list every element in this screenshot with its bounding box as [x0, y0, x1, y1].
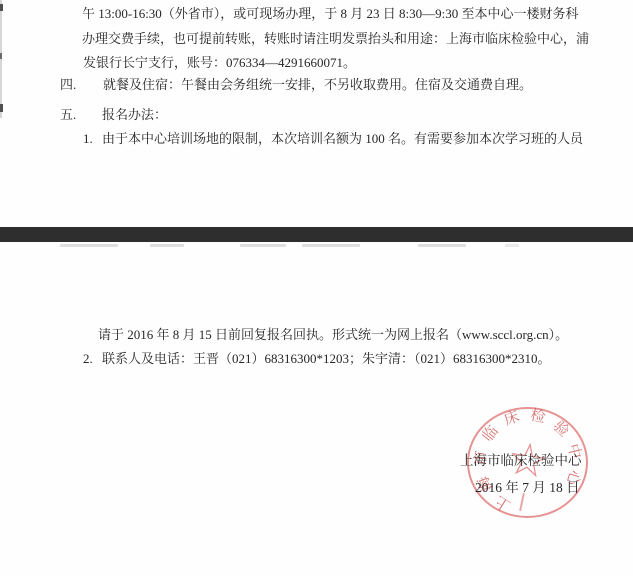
signature-org: 上海市临床检验中心	[460, 452, 582, 469]
body-line: 发银行长宁支行，账号：076334—4291660071。	[83, 54, 356, 71]
body-line-reply: 请于 2016 年 8 月 15 日前回复报名回执。形式统一为网上报名（www.…	[98, 326, 568, 343]
ghost-text-residue	[302, 244, 360, 247]
ghost-text-residue	[418, 244, 466, 247]
body-line: 午 13:00-16:30（外省市），或可现场办理，于 8 月 23 日 8:3…	[82, 5, 579, 22]
scan-edge-artifact	[0, 0, 2, 118]
list-item-meals: 就餐及住宿：午餐由会务组统一安排，不另收取费用。住宿及交通费自理。	[103, 76, 532, 93]
sublist-label-2: 2.	[83, 350, 93, 367]
list-label-5: 五.	[60, 106, 76, 123]
scan-edge-mark	[0, 4, 3, 11]
scan-edge-mark	[0, 53, 2, 59]
body-line: 办理交费手续，也可提前转账，转账时请注明发票抬头和用途：上海市临床检验中心，浦	[82, 30, 589, 47]
ghost-text-residue	[240, 244, 286, 247]
page-break-bar	[0, 227, 633, 242]
list-item-registration: 报名办法：	[102, 106, 167, 123]
scan-edge-mark	[0, 104, 3, 112]
list-label-4: 四.	[60, 76, 76, 93]
sublist-item-contacts: 联系人及电话：王晋（021）68316300*1203；朱宇清：（021）683…	[102, 350, 551, 367]
sublist-item-quota: 由于本中心培训场地的限制，本次培训名额为 100 名。有需要参加本次学习班的人员	[102, 130, 583, 147]
ghost-text-residue	[150, 244, 184, 247]
seal-char: 检	[528, 406, 547, 427]
sublist-label-1: 1.	[83, 130, 93, 147]
ghost-text-residue	[505, 244, 519, 247]
scanned-document-page: 午 13:00-16:30（外省市），或可现场办理，于 8 月 23 日 8:3…	[0, 0, 633, 576]
ghost-text-residue	[60, 244, 118, 247]
signature-date: 2016 年 7 月 18 日	[475, 479, 580, 496]
